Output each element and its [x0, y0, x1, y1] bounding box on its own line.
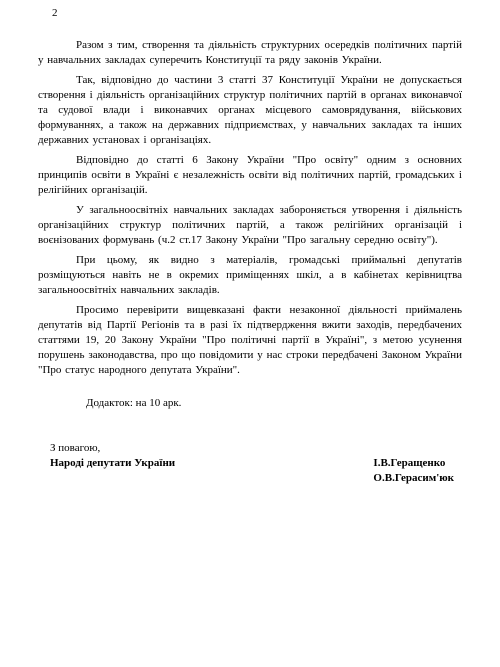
attachment-note: Додакток: на 10 арк. — [86, 396, 462, 411]
paragraph-1: Разом з тим, створення та діяльність стр… — [38, 38, 462, 68]
closing-left-column: З повагою, Народі депутати України — [50, 441, 175, 486]
signatory-title: Народі депутати України — [50, 456, 175, 471]
paragraph-3: Відповідно до статті 6 Закону України "П… — [38, 153, 462, 198]
document-page: 2 Разом з тим, створення та діяльність с… — [0, 0, 500, 667]
page-number: 2 — [52, 6, 462, 21]
paragraph-4: У загальноосвітніх навчальних закладах з… — [38, 203, 462, 248]
closing-right-column: І.В.Геращенко О.В.Герасим'юк — [373, 456, 454, 486]
paragraph-5: При цьому, як видно з матеріалів, громад… — [38, 253, 462, 298]
closing-block: З повагою, Народі депутати України І.В.Г… — [38, 441, 462, 486]
signature-name-1: І.В.Геращенко — [373, 456, 454, 471]
paragraph-6: Просимо перевірити вищевказані факти нез… — [38, 303, 462, 378]
paragraph-2: Так, відповідно до частини 3 статті 37 К… — [38, 73, 462, 148]
closing-salutation: З повагою, — [50, 441, 175, 456]
letter-body: Разом з тим, створення та діяльність стр… — [38, 38, 462, 378]
signature-name-2: О.В.Герасим'юк — [373, 471, 454, 486]
